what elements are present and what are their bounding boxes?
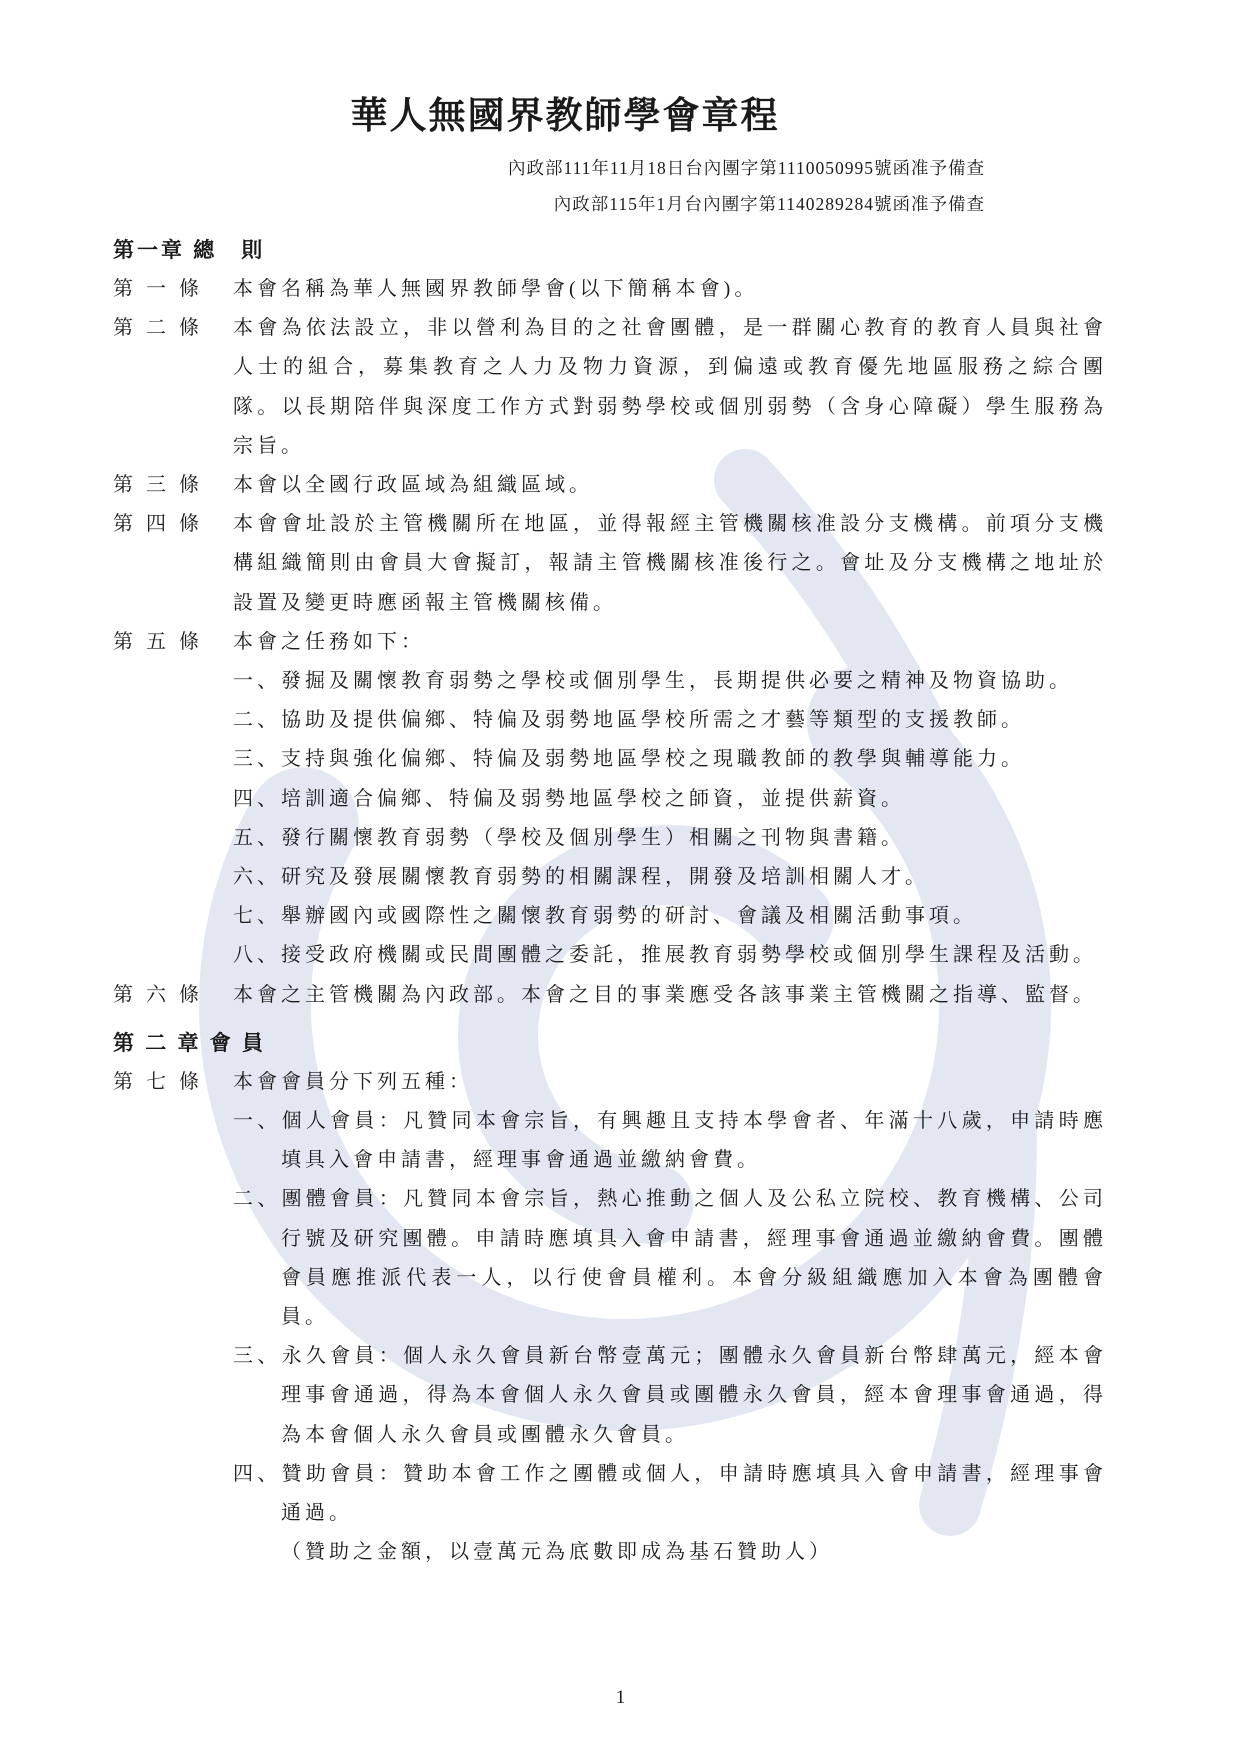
chapter-heading: 第一章 總 則 bbox=[113, 230, 1107, 270]
chapter-heading: 第 二 章 會 員 bbox=[113, 1023, 1107, 1063]
article-number-label: 第 五 條 bbox=[113, 623, 233, 662]
article-number-label: 第 一 條 bbox=[113, 270, 233, 309]
article-number-label: 第 六 條 bbox=[113, 976, 233, 1015]
approval-line-1: 內政部111年11月18日台內團字第1110050995號函准予備查 bbox=[113, 150, 985, 186]
document-body: 第一章 總 則第 一 條本會名稱為華人無國界教師學會(以下簡稱本會)。第 二 條… bbox=[113, 230, 1107, 1573]
article-body: 本會之任務如下：一、發掘及關懷教育弱勢之學校或個別學生，長期提供必要之精神及物資… bbox=[233, 623, 1107, 976]
article-number-label: 第 二 條 bbox=[113, 309, 233, 348]
list-item: 五、發行關懷教育弱勢（學校及個別學生）相關之刊物與書籍。 bbox=[233, 819, 1107, 858]
list-item: 八、接受政府機關或民間團體之委託，推展教育弱勢學校或個別學生課程及活動。 bbox=[233, 936, 1107, 975]
approval-notes: 內政部111年11月18日台內團字第1110050995號函准予備查 內政部11… bbox=[113, 150, 1107, 222]
article-text: 本會名稱為華人無國界教師學會(以下簡稱本會)。 bbox=[233, 270, 1107, 309]
article: 第 四 條本會會址設於主管機關所在地區，並得報經主管機關核准設分支機構。前項分支… bbox=[113, 505, 1107, 623]
list-item: 二、團體會員：凡贊同本會宗旨，熱心推動之個人及公私立院校、教育機構、公司行號及研… bbox=[233, 1180, 1107, 1337]
article-body: 本會會址設於主管機關所在地區，並得報經主管機關核准設分支機構。前項分支機構組織簡… bbox=[233, 505, 1107, 623]
charter-document: 華人無國界教師學會章程 內政部111年11月18日台內團字第1110050995… bbox=[113, 92, 1107, 1573]
article: 第 六 條本會之主管機關為內政部。本會之目的事業應受各該事業主管機關之指導、監督… bbox=[113, 976, 1107, 1015]
list-item: 二、協助及提供偏鄉、特偏及弱勢地區學校所需之才藝等類型的支援教師。 bbox=[233, 701, 1107, 740]
article-body: 本會會員分下列五種：一、個人會員：凡贊同本會宗旨，有興趣且支持本學會者、年滿十八… bbox=[233, 1063, 1107, 1573]
list-item: 三、支持與強化偏鄉、特偏及弱勢地區學校之現職教師的教學與輔導能力。 bbox=[233, 740, 1107, 779]
list-item: 三、永久會員：個人永久會員新台幣壹萬元；團體永久會員新台幣肆萬元，經本會理事會通… bbox=[233, 1337, 1107, 1455]
article-text: 本會會員分下列五種： bbox=[233, 1063, 1107, 1102]
article: 第 五 條本會之任務如下：一、發掘及關懷教育弱勢之學校或個別學生，長期提供必要之… bbox=[113, 623, 1107, 976]
article: 第 三 條本會以全國行政區域為組織區域。 bbox=[113, 466, 1107, 505]
list-item: 一、個人會員：凡贊同本會宗旨，有興趣且支持本學會者、年滿十八歲，申請時應填具入會… bbox=[233, 1102, 1107, 1180]
article-body: 本會以全國行政區域為組織區域。 bbox=[233, 466, 1107, 505]
approval-line-2: 內政部115年1月台內團字第1140289284號函准予備查 bbox=[113, 186, 985, 222]
list-item: 七、舉辦國內或國際性之關懷教育弱勢的研討、會議及相關活動事項。 bbox=[233, 897, 1107, 936]
article-body: 本會名稱為華人無國界教師學會(以下簡稱本會)。 bbox=[233, 270, 1107, 309]
article-number-label: 第 三 條 bbox=[113, 466, 233, 505]
article: 第 一 條本會名稱為華人無國界教師學會(以下簡稱本會)。 bbox=[113, 270, 1107, 309]
article-body: 本會為依法設立，非以營利為目的之社會團體，是一群關心教育的教育人員與社會人士的組… bbox=[233, 309, 1107, 466]
article-text: 本會為依法設立，非以營利為目的之社會團體，是一群關心教育的教育人員與社會人士的組… bbox=[233, 309, 1107, 466]
article-number-label: 第 四 條 bbox=[113, 505, 233, 544]
article-text: 本會之主管機關為內政部。本會之目的事業應受各該事業主管機關之指導、監督。 bbox=[233, 976, 1107, 1015]
article: 第 七 條本會會員分下列五種：一、個人會員：凡贊同本會宗旨，有興趣且支持本學會者… bbox=[113, 1063, 1107, 1573]
list-item: 一、發掘及關懷教育弱勢之學校或個別學生，長期提供必要之精神及物資協助。 bbox=[233, 662, 1107, 701]
parenthetical-note: （贊助之金額，以壹萬元為底數即成為基石贊助人） bbox=[233, 1533, 1107, 1572]
list-item: 六、研究及發展關懷教育弱勢的相關課程，開發及培訓相關人才。 bbox=[233, 858, 1107, 897]
list-item: 四、培訓適合偏鄉、特偏及弱勢地區學校之師資，並提供薪資。 bbox=[233, 780, 1107, 819]
page-title: 華人無國界教師學會章程 bbox=[113, 92, 1107, 142]
page-number: 1 bbox=[0, 1687, 1241, 1709]
article-text: 本會以全國行政區域為組織區域。 bbox=[233, 466, 1107, 505]
article-body: 本會之主管機關為內政部。本會之目的事業應受各該事業主管機關之指導、監督。 bbox=[233, 976, 1107, 1015]
list-item: 四、贊助會員：贊助本會工作之團體或個人，申請時應填具入會申請書，經理事會通過。 bbox=[233, 1455, 1107, 1533]
article-number-label: 第 七 條 bbox=[113, 1063, 233, 1102]
article-text: 本會會址設於主管機關所在地區，並得報經主管機關核准設分支機構。前項分支機構組織簡… bbox=[233, 505, 1107, 623]
article: 第 二 條本會為依法設立，非以營利為目的之社會團體，是一群關心教育的教育人員與社… bbox=[113, 309, 1107, 466]
article-text: 本會之任務如下： bbox=[233, 623, 1107, 662]
document-page: { "page": { "title": "華人無國界教師學會章程", "app… bbox=[0, 0, 1241, 1755]
